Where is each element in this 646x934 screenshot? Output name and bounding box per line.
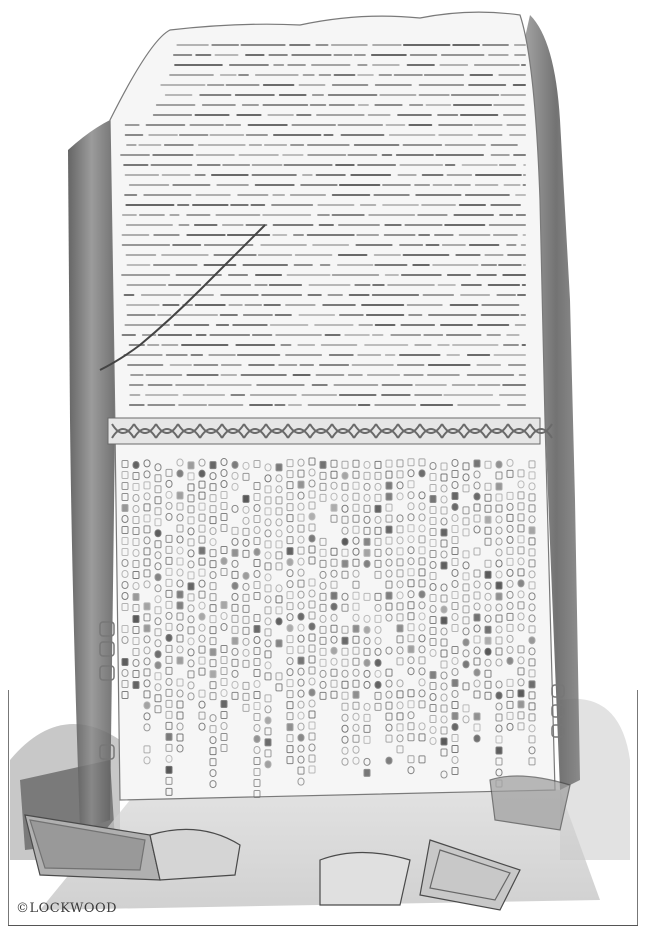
stele-drawing [0,0,646,934]
frame-right-line [637,690,638,926]
frame-bottom-line [8,925,638,926]
knotwork-band [108,418,552,444]
artist-signature: ©LOCKWOOD [16,901,117,916]
stele-illustration: ©LOCKWOOD [0,0,646,934]
stone-left-edge [68,120,115,830]
frame-left-line [8,690,9,926]
